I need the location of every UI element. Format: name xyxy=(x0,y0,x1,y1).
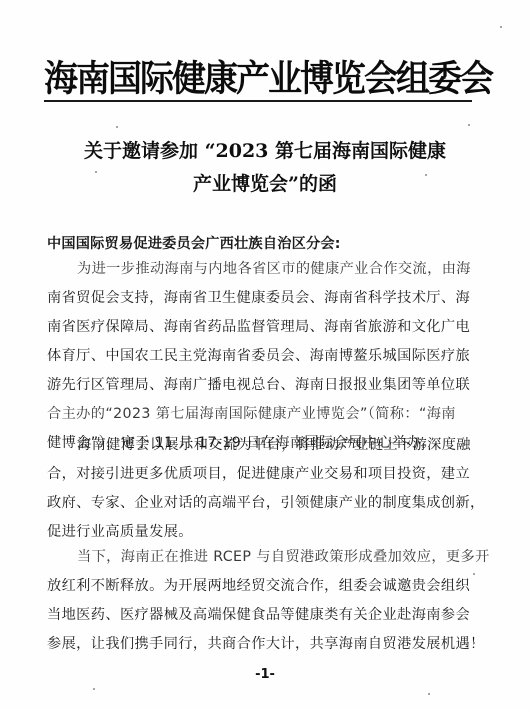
scan-speck xyxy=(473,642,475,644)
paragraph-line: 海南健博会以展示和交流为平台，将推动产业链上下游深度融 xyxy=(77,434,471,454)
paragraph-line: 为进一步推动海南与内地各省区市的健康产业合作交流，由海 xyxy=(77,258,471,278)
scan-speck xyxy=(95,171,97,173)
document-page: 海南国际健康产业博览会组委会 关于邀请参加 “2023 第七届海南国际健康 产业… xyxy=(0,0,530,710)
paragraph-line: 参展，让我们携手同行，共商合作大计，共享海南自贸港发展机遇！ xyxy=(47,633,485,653)
paragraph-line: 放红利不断释放。为开展两地经贸交流合作，组委会诚邀贵会组织 xyxy=(47,575,470,595)
paragraph-line: 游先行区管理局、海南广播电视总台、海南日报报业集团等单位联 xyxy=(47,374,470,394)
document-title-line-1: 关于邀请参加 “2023 第七届海南国际健康 xyxy=(0,136,530,163)
page-number: -1- xyxy=(0,667,530,682)
salutation: 中国国际贸易促进委员会广西壮族自治区分会: xyxy=(47,233,487,253)
paragraph-line: 政府、专家、企业对话的高端平台，引领健康产业的制度集成创新， xyxy=(47,492,485,512)
paragraph-line: 合，对接引进更多优质项目，促进健康产业交易和项目投资，建立 xyxy=(47,463,470,483)
paragraph-line: 当地医药、医疗器械及高端保健食品等健康类有关企业赴海南参会 xyxy=(47,604,470,624)
scan-speck xyxy=(428,693,430,695)
scan-speck xyxy=(116,126,118,128)
scan-speck xyxy=(473,573,475,575)
paragraph-line: 南省医疗保障局、海南省药品监督管理局、海南省旅游和文化广电 xyxy=(47,316,470,336)
organization-letterhead: 海南国际健康产业博览会组委会 xyxy=(44,57,472,101)
paragraph-line: 合主办的“2023 第七届海南国际健康产业博览会”（简称：“海南 xyxy=(47,403,456,423)
letterhead-rule xyxy=(44,100,472,102)
scan-speck xyxy=(425,174,427,176)
scan-speck xyxy=(500,26,502,28)
document-title-line-2: 产业博览会”的函 xyxy=(0,169,530,196)
scan-speck xyxy=(116,643,118,645)
paragraph-line: 南省贸促会支持，海南省卫生健康委员会、海南省科学技术厅、海 xyxy=(47,287,470,307)
scan-speck xyxy=(93,688,95,690)
paragraph-line: 体育厅、中国农工民主党海南省委员会、海南博鳌乐城国际医疗旅 xyxy=(47,345,470,365)
paragraph-line: 促进行业高质量发展。 xyxy=(47,521,193,541)
scan-speck xyxy=(468,124,470,126)
paragraph-line: 当下，海南正在推进 RCEP 与自贸港政策形成叠加效应，更多开 xyxy=(77,546,490,566)
